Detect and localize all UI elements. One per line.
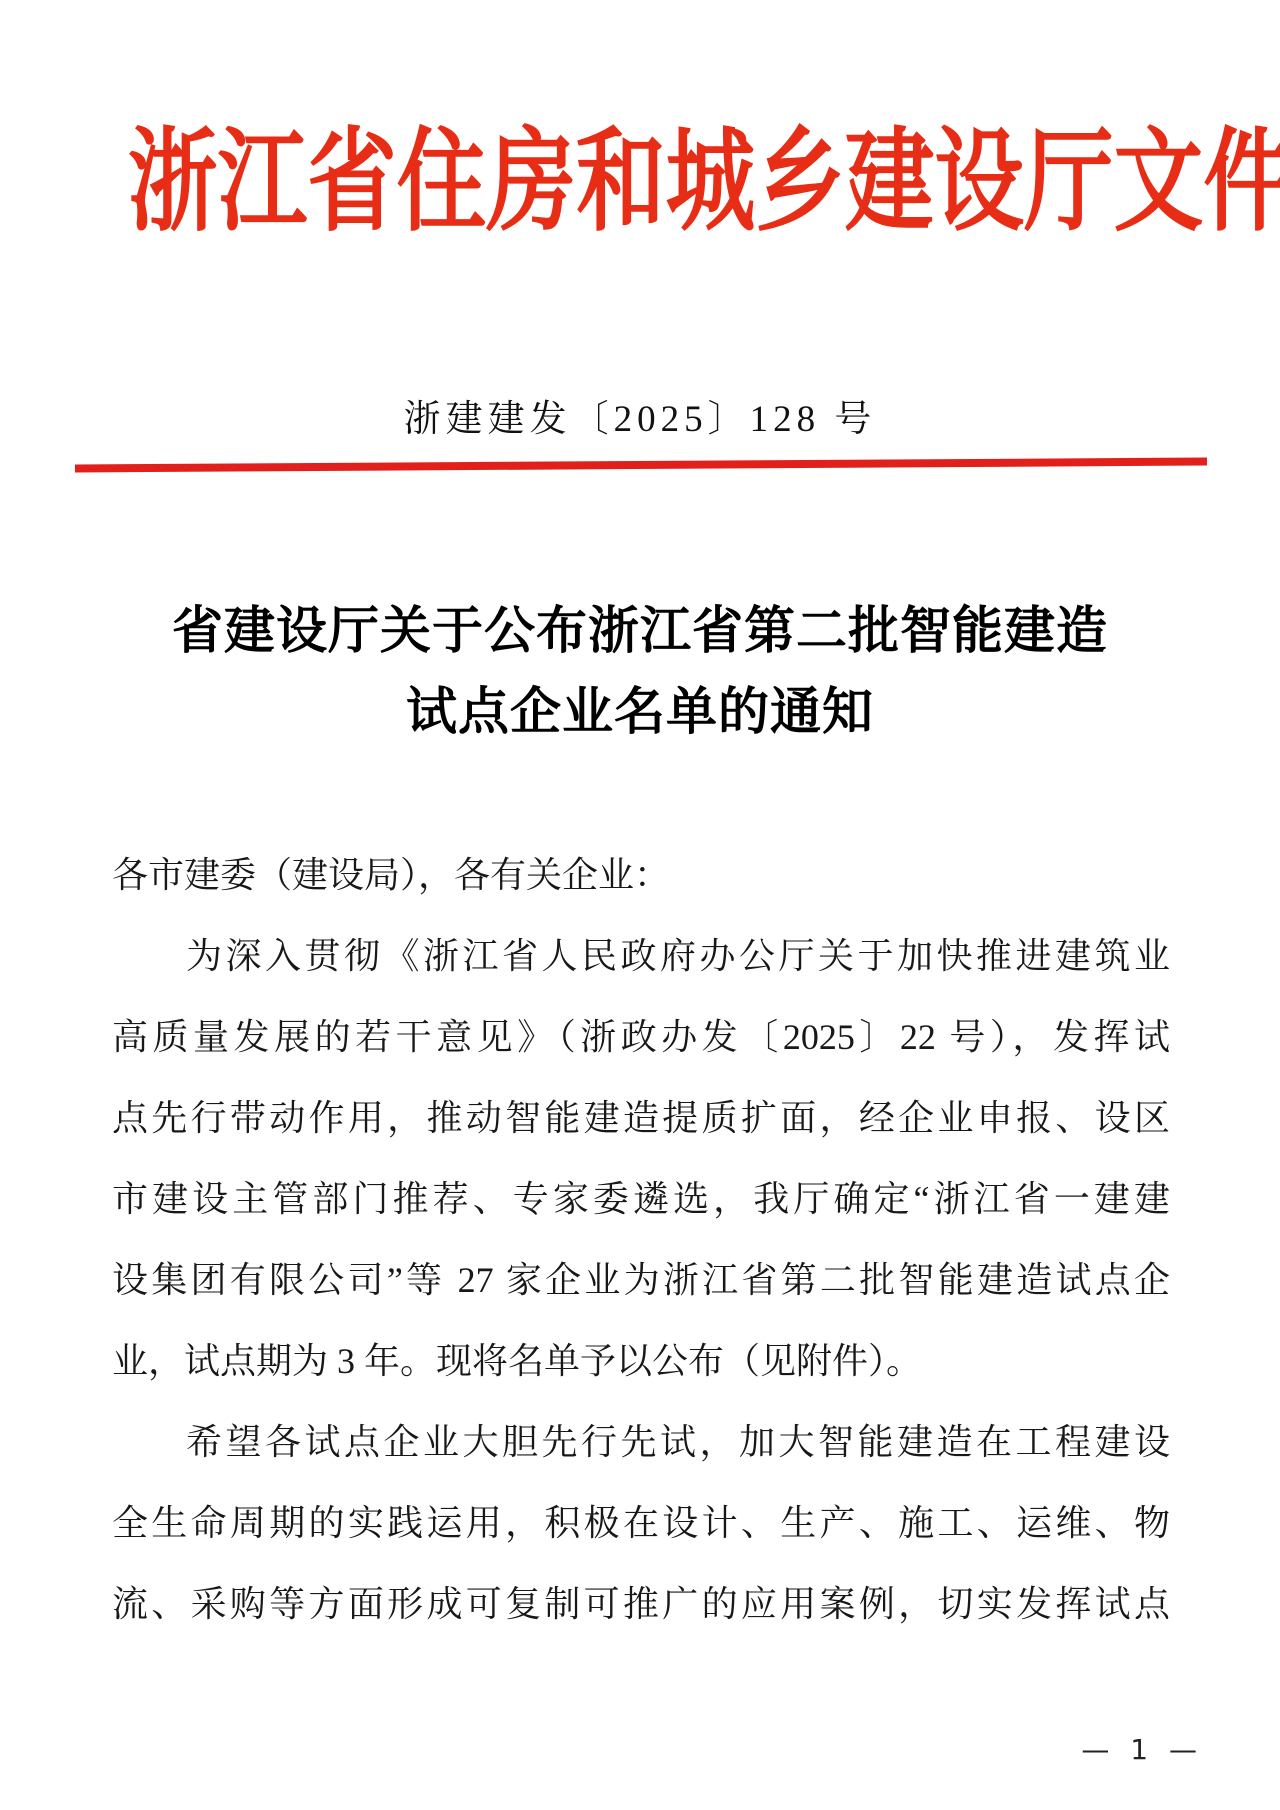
body-line: 希望各试点企业大胆先行先试，加大智能建造在工程建设 (112, 1402, 1170, 1483)
salutation-line: 各市建委（建设局），各有关企业： (112, 835, 1170, 916)
body-line: 高质量发展的若干意见》（浙政办发〔2025〕22 号），发挥试 (112, 997, 1170, 1078)
body-line: 点先行带动作用，推动智能建造提质扩面，经企业申报、设区 (112, 1078, 1170, 1159)
document-title-line1: 省建设厅关于公布浙江省第二批智能建造 (0, 592, 1280, 673)
body-line: 设集团有限公司”等 27 家企业为浙江省第二批智能建造试点企 (112, 1240, 1170, 1321)
body-line: 为深入贯彻《浙江省人民政府办公厅关于加快推进建筑业 (112, 916, 1170, 997)
red-divider-rule (75, 458, 1207, 473)
document-page: 浙江省住房和城乡建设厅文件 浙建建发〔2025〕128 号 省建设厅关于公布浙江… (0, 0, 1280, 1810)
red-letterhead-title: 浙江省住房和城乡建设厅文件 (128, 92, 1152, 253)
body-line: 市建设主管部门推荐、专家委遴选，我厅确定“浙江省一建建 (112, 1159, 1170, 1240)
paragraph-1: 为深入贯彻《浙江省人民政府办公厅关于加快推进建筑业 高质量发展的若干意见》（浙政… (112, 916, 1170, 1402)
body-line: 流、采购等方面形成可复制可推广的应用案例，切实发挥试点 (112, 1564, 1170, 1645)
document-body: 各市建委（建设局），各有关企业： 为深入贯彻《浙江省人民政府办公厅关于加快推进建… (112, 835, 1170, 1645)
page-number: — 1 — (1081, 1733, 1203, 1766)
document-title: 省建设厅关于公布浙江省第二批智能建造 试点企业名单的通知 (0, 592, 1280, 754)
document-number: 浙建建发〔2025〕128 号 (0, 388, 1280, 442)
paragraph-2: 希望各试点企业大胆先行先试，加大智能建造在工程建设 全生命周期的实践运用，积极在… (112, 1402, 1170, 1645)
document-title-line2: 试点企业名单的通知 (0, 673, 1280, 754)
body-line: 业，试点期为 3 年。现将名单予以公布（见附件）。 (112, 1321, 1170, 1402)
body-line: 全生命周期的实践运用，积极在设计、生产、施工、运维、物 (112, 1483, 1170, 1564)
